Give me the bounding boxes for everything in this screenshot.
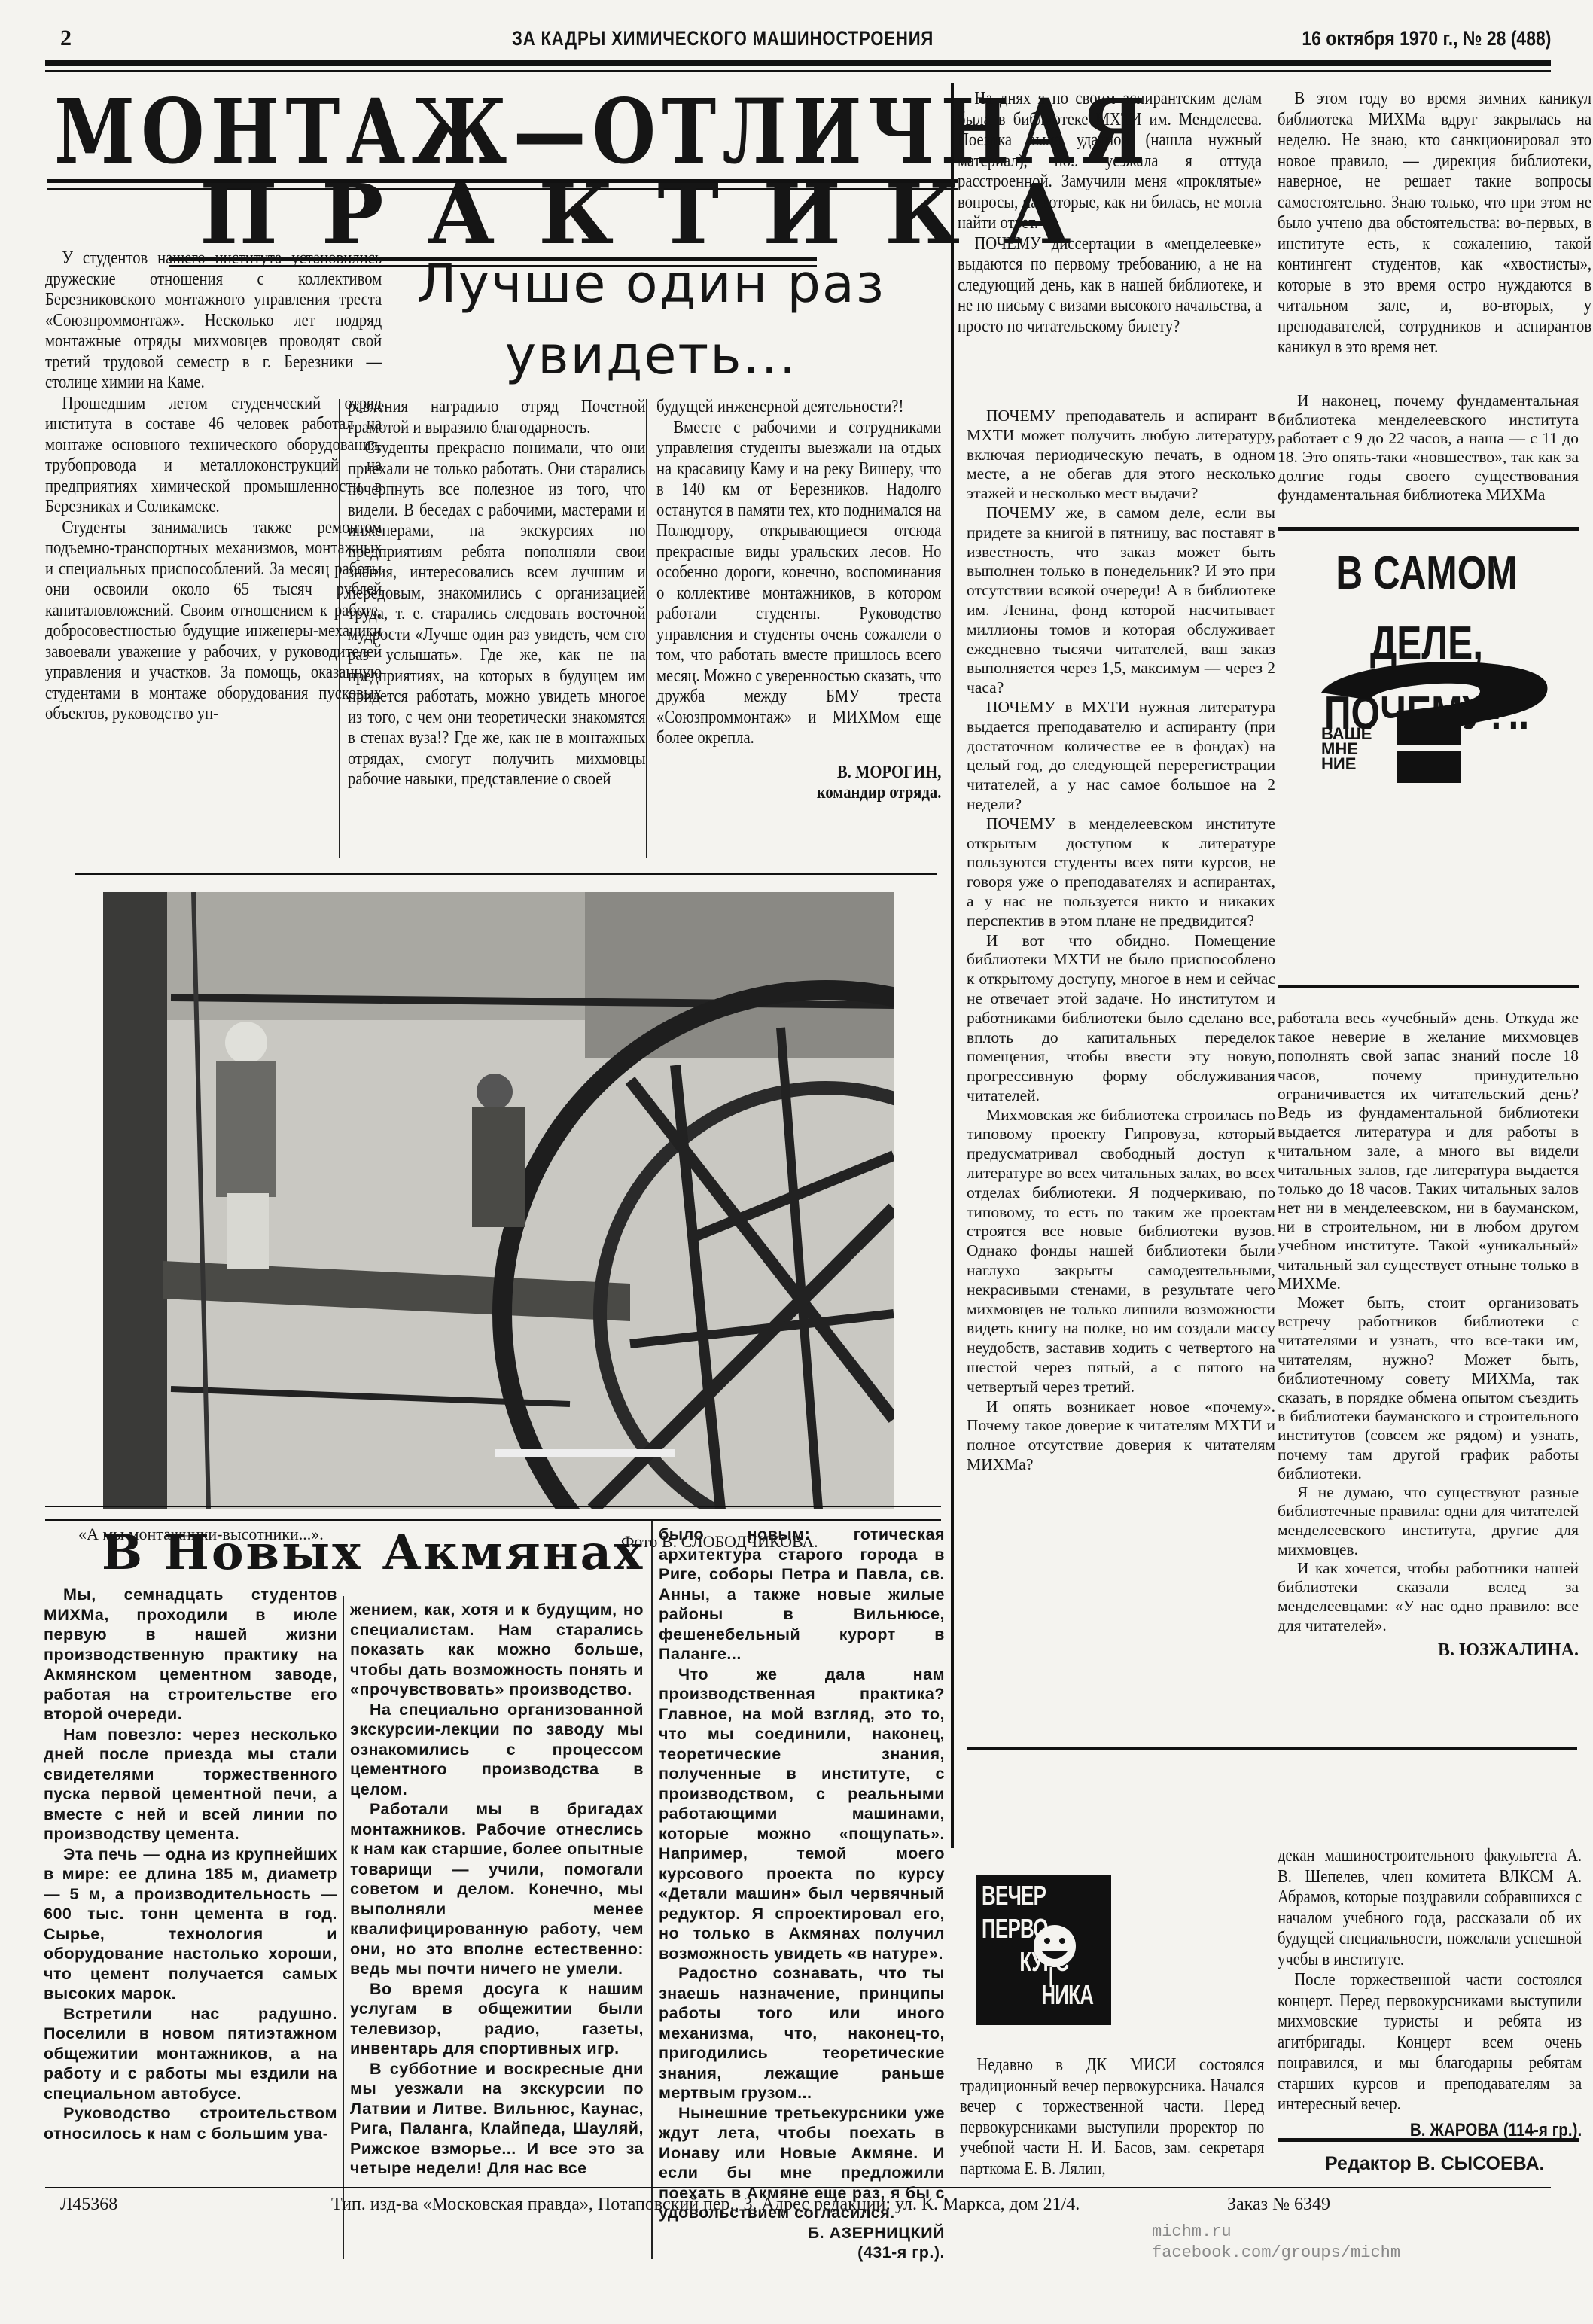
- watermark-site: michm.ru: [1152, 2222, 1232, 2241]
- editor-rule: [1278, 2138, 1579, 2142]
- paragraph: ПОЧЕМУ же, в самом деле, если вы придете…: [967, 504, 1275, 698]
- vecher-col-2: декан машиностроительного факультета А. …: [1278, 1846, 1582, 2140]
- photo-illustration: [103, 892, 894, 1509]
- montazh-col-1: У студентов нашего института установилис…: [45, 248, 382, 725]
- column-divider: [339, 399, 340, 858]
- paragraph: В этом году во время зимних каникул библ…: [1278, 89, 1591, 358]
- newspaper-name: ЗА КАДРЫ ХИМИЧЕСКОГО МАШИНОСТРОЕНИЯ: [512, 27, 934, 50]
- paragraph: Встретили нас радушно. Поселили в новом …: [44, 2004, 337, 2104]
- paragraph: ПОЧЕМУ в МХТИ нужная литература выдается…: [967, 698, 1275, 815]
- paragraph: ПОЧЕМУ преподаватель и аспирант в МХТИ м…: [967, 407, 1275, 504]
- footer-code: Л45368: [60, 2195, 117, 2215]
- montazh-col-2: равления наградило отряд Почетной грамот…: [348, 397, 646, 790]
- paragraph: На днях я по своим аспирантским делам бы…: [958, 89, 1262, 234]
- author-name: В. ЖАРОВА (114-я гр.).: [1278, 2120, 1582, 2141]
- footer-printer: Тип. изд-ва «Московская правда», Потапов…: [331, 2195, 1080, 2215]
- paragraph: жением, как, хотя и к будущим, но специа…: [350, 1600, 644, 1700]
- paragraph: На специально организованной экскурсии-л…: [350, 1700, 644, 1800]
- column-divider: [646, 399, 647, 858]
- paragraph: Радостно сознавать, что ты знаешь назнач…: [659, 1963, 945, 2103]
- box-bottom-rule: [1278, 985, 1579, 988]
- author-name: В. МОРОГИН,: [656, 763, 941, 784]
- column-divider: [651, 1521, 653, 2259]
- paragraph: равления наградило отряд Почетной грамот…: [348, 397, 646, 438]
- library-col-1-cont: ПОЧЕМУ преподаватель и аспирант в МХТИ м…: [967, 407, 1275, 1475]
- paragraph: Мы, семнадцать студентов МИХМа, проходил…: [44, 1585, 337, 1725]
- vecher-pervokursnika-logo: ВЕЧЕР ПЕРВО КУРС НИКА: [976, 1875, 1111, 2025]
- footer-order: Заказ № 6349: [1227, 2195, 1330, 2215]
- subheadline: Лучше один раз увидеть...: [354, 248, 949, 391]
- footer-rule: [45, 2187, 1551, 2188]
- column-divider-main: [951, 83, 954, 1848]
- paragraph: Руководство строительством относилось к …: [44, 2103, 337, 2143]
- montazh-col-3: будущей инженерной деятельности?! Вместе…: [656, 397, 941, 804]
- masthead-rule: [45, 60, 1551, 66]
- paragraph: Студенты занимались также ремонтом подъе…: [45, 518, 382, 725]
- paragraph: декан машиностроительного факультета А. …: [1278, 1846, 1582, 1970]
- paragraph: было новым: готическая архитектура старо…: [659, 1524, 945, 1665]
- page-number: 2: [60, 26, 72, 51]
- paragraph: У студентов нашего института установилис…: [45, 248, 382, 394]
- section-rule: [45, 1506, 941, 1507]
- paragraph: Может быть, стоит организовать встречу р…: [1278, 1293, 1579, 1483]
- paragraph: Нам повезло: через несколько дней после …: [44, 1725, 337, 1844]
- headline-akmyany: В Новых Акмянах: [102, 1524, 644, 1581]
- vecher-col-1: Недавно в ДК МИСИ состоялся традиционный…: [960, 2055, 1264, 2179]
- paragraph: ПОЧЕМУ диссертации в «менделеевке» выдаю…: [958, 234, 1262, 338]
- library-end-rule: [967, 1747, 1577, 1750]
- paragraph: Вместе с рабочими и сотрудниками управле…: [656, 418, 941, 749]
- akmyany-col-1: Мы, семнадцать студентов МИХМа, проходил…: [44, 1585, 337, 2143]
- paragraph: Во время досуга к нашим услугам в общежи…: [350, 1979, 644, 2059]
- photo-steel-construction: [103, 892, 894, 1509]
- masthead-rule-thin: [45, 70, 1551, 72]
- library-col-2-top-cont: И наконец, почему фундаментальная библио…: [1278, 391, 1579, 504]
- paragraph: После торжественной части состоялся конц…: [1278, 1970, 1582, 2115]
- author-name: Б. АЗЕРНИЦКИЙ: [659, 2223, 945, 2243]
- smiling-face-icon: [1028, 1920, 1081, 1987]
- library-col-1: На днях я по своим аспирантским делам бы…: [958, 89, 1262, 337]
- box-top-rule: [1278, 527, 1579, 531]
- masthead: 2 ЗА КАДРЫ ХИМИЧЕСКОГО МАШИНОСТРОЕНИЯ 16…: [45, 21, 1551, 59]
- paragraph: будущей инженерной деятельности?!: [656, 397, 941, 418]
- paragraph: Эта печь — одна из крупнейших в мире: ее…: [44, 1844, 337, 2004]
- paragraph: В субботние и воскресные дни мы уезжали …: [350, 2059, 644, 2179]
- photo-bottom-rule: [45, 1519, 941, 1521]
- paragraph: И как хочется, чтобы работники нашей биб…: [1278, 1559, 1579, 1635]
- paragraph: Студенты прекрасно понимали, что они при…: [348, 438, 646, 790]
- issue-date: 16 октября 1970 г., № 28 (488): [1302, 27, 1551, 50]
- watermark-facebook: facebook.com/groups/michm: [1152, 2243, 1400, 2262]
- photo-top-rule: [75, 873, 937, 875]
- paragraph: Михмовская же библиотека строилась по ти…: [967, 1106, 1275, 1397]
- opinion-logo: ВАШЕ МНЕ НИЕ: [1314, 655, 1555, 783]
- author-group: (431-я гр.).: [659, 2243, 945, 2263]
- paragraph: И наконец, почему фундаментальная библио…: [1278, 391, 1579, 504]
- paragraph: Прошедшим летом студенческий отряд инсти…: [45, 394, 382, 518]
- author-name: В. ЮЗЖАЛИНА.: [1278, 1641, 1579, 1660]
- akmyany-col-3: было новым: готическая архитектура старо…: [659, 1524, 945, 2263]
- opinion-logo-text: ВАШЕ МНЕ НИЕ: [1321, 726, 1372, 772]
- paragraph: ПОЧЕМУ в менделеевском институте открыты…: [967, 815, 1275, 931]
- paragraph: Работали мы в бригадах монтажников. Рабо…: [350, 1799, 644, 1979]
- paragraph: Что же дала нам производственная практик…: [659, 1665, 945, 1964]
- library-col-2-bottom: работала весь «учебный» день. Откуда же …: [1278, 1009, 1579, 1660]
- editor-credit: Редактор В. СЫСОЕВА.: [1325, 2153, 1544, 2175]
- paragraph: Я не думаю, что существуют разные библио…: [1278, 1483, 1579, 1559]
- akmyany-col-2: жением, как, хотя и к будущим, но специа…: [350, 1600, 644, 2179]
- library-col-2-top: В этом году во время зимних каникул библ…: [1278, 89, 1591, 358]
- author-title: командир отряда.: [656, 783, 941, 804]
- paragraph: Недавно в ДК МИСИ состоялся традиционный…: [960, 2055, 1264, 2179]
- paragraph: И вот что обидно. Помещение библиотеки М…: [967, 931, 1275, 1106]
- paragraph: работала весь «учебный» день. Откуда же …: [1278, 1009, 1579, 1293]
- paragraph: И опять возникает новое «почему». Почему…: [967, 1397, 1275, 1475]
- column-divider: [343, 1596, 344, 2259]
